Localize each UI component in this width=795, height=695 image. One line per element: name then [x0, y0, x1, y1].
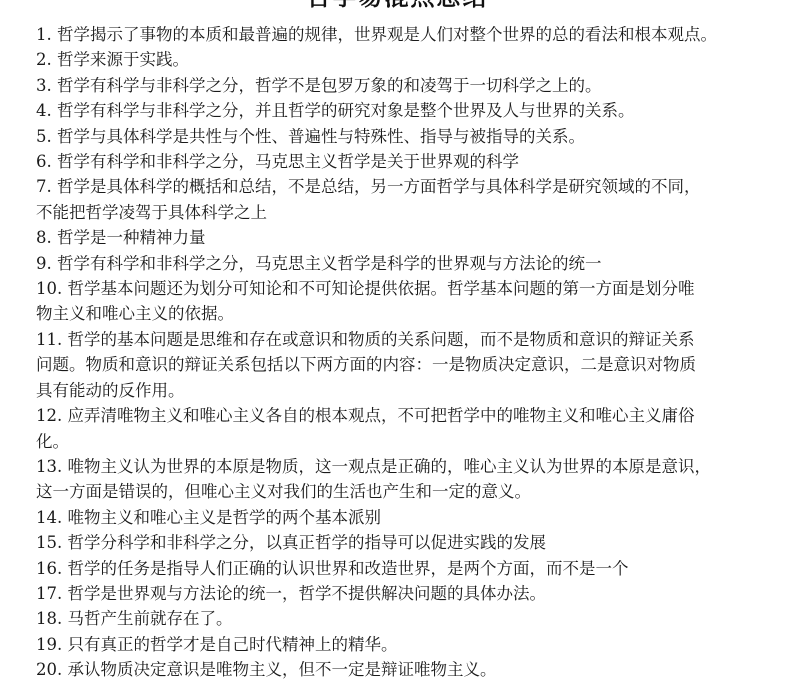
list-item-3: 3. 哲学有科学与非科学之分，哲学不是包罗万象的和凌驾于一切科学之上的。 [36, 73, 766, 98]
document-title: 哲学易混点总结 [0, 0, 795, 11]
item-text: 3. 哲学有科学与非科学之分，哲学不是包罗万象的和凌驾于一切科学之上的。 [36, 73, 766, 98]
item-text: 19. 只有真正的哲学才是自己时代精神上的精华。 [36, 632, 766, 657]
list-item-5: 5. 哲学与具体科学是共性与个性、普遍性与特殊性、指导与被指导的关系。 [36, 124, 766, 149]
list-item-4: 4. 哲学有科学与非科学之分，并且哲学的研究对象是整个世界及人与世界的关系。 [36, 98, 766, 123]
list-item-12: 12. 应弄清唯物主义和唯心主义各自的根本观点，不可把哲学中的唯物主义和唯心主义… [36, 403, 766, 454]
item-text-continued: 化。 [36, 429, 766, 454]
item-text: 11. 哲学的基本问题是思维和存在或意识和物质的关系问题，而不是物质和意识的辩证… [36, 327, 766, 352]
item-text-continued: 这一方面是错误的，但唯心主义对我们的生活也产生和一定的意义。 [36, 479, 766, 504]
item-text: 18. 马哲产生前就存在了。 [36, 606, 766, 631]
item-text: 2. 哲学来源于实践。 [36, 47, 766, 72]
list-item-17: 17. 哲学是世界观与方法论的统一，哲学不提供解决问题的具体办法。 [36, 581, 766, 606]
item-text: 5. 哲学与具体科学是共性与个性、普遍性与特殊性、指导与被指导的关系。 [36, 124, 766, 149]
item-text: 8. 哲学是一种精神力量 [36, 225, 766, 250]
list-item-13: 13. 唯物主义认为世界的本原是物质，这一观点是正确的，唯心主义认为世界的本原是… [36, 454, 766, 505]
item-text: 12. 应弄清唯物主义和唯心主义各自的根本观点，不可把哲学中的唯物主义和唯心主义… [36, 403, 766, 428]
list-item-8: 8. 哲学是一种精神力量 [36, 225, 766, 250]
item-text: 10. 哲学基本问题还为划分可知论和不可知论提供依据。哲学基本问题的第一方面是划… [36, 276, 766, 301]
item-text: 13. 唯物主义认为世界的本原是物质，这一观点是正确的，唯心主义认为世界的本原是… [36, 454, 766, 479]
item-text: 4. 哲学有科学与非科学之分，并且哲学的研究对象是整个世界及人与世界的关系。 [36, 98, 766, 123]
list-item-18: 18. 马哲产生前就存在了。 [36, 606, 766, 631]
list-item-2: 2. 哲学来源于实践。 [36, 47, 766, 72]
item-text: 7. 哲学是具体科学的概括和总结，不是总结，另一方面哲学与具体科学是研究领域的不… [36, 174, 766, 199]
list-item-15: 15. 哲学分科学和非科学之分，以真正哲学的指导可以促进实践的发展 [36, 530, 766, 555]
list-item-6: 6. 哲学有科学和非科学之分，马克思主义哲学是关于世界观的科学 [36, 149, 766, 174]
list-item-9: 9. 哲学有科学和非科学之分，马克思主义哲学是科学的世界观与方法论的统一 [36, 251, 766, 276]
item-text: 14. 唯物主义和唯心主义是哲学的两个基本派别 [36, 505, 766, 530]
list-item-7: 7. 哲学是具体科学的概括和总结，不是总结，另一方面哲学与具体科学是研究领域的不… [36, 174, 766, 225]
list-item-11: 11. 哲学的基本问题是思维和存在或意识和物质的关系问题，而不是物质和意识的辩证… [36, 327, 766, 403]
item-text: 17. 哲学是世界观与方法论的统一，哲学不提供解决问题的具体办法。 [36, 581, 766, 606]
point-list: 1. 哲学揭示了事物的本质和最普遍的规律，世界观是人们对整个世界的总的看法和根本… [36, 22, 766, 683]
item-text-continued: 不能把哲学凌驾于具体科学之上 [36, 200, 766, 225]
list-item-14: 14. 唯物主义和唯心主义是哲学的两个基本派别 [36, 505, 766, 530]
item-text: 9. 哲学有科学和非科学之分，马克思主义哲学是科学的世界观与方法论的统一 [36, 251, 766, 276]
item-text: 16. 哲学的任务是指导人们正确的认识世界和改造世界，是两个方面，而不是一个 [36, 556, 766, 581]
item-text: 15. 哲学分科学和非科学之分，以真正哲学的指导可以促进实践的发展 [36, 530, 766, 555]
item-text-continued: 具有能动的反作用。 [36, 378, 766, 403]
list-item-1: 1. 哲学揭示了事物的本质和最普遍的规律，世界观是人们对整个世界的总的看法和根本… [36, 22, 766, 47]
item-text: 6. 哲学有科学和非科学之分，马克思主义哲学是关于世界观的科学 [36, 149, 766, 174]
item-text: 20. 承认物质决定意识是唯物主义，但不一定是辩证唯物主义。 [36, 657, 766, 682]
list-item-20: 20. 承认物质决定意识是唯物主义，但不一定是辩证唯物主义。 [36, 657, 766, 682]
list-item-10: 10. 哲学基本问题还为划分可知论和不可知论提供依据。哲学基本问题的第一方面是划… [36, 276, 766, 327]
list-item-19: 19. 只有真正的哲学才是自己时代精神上的精华。 [36, 632, 766, 657]
list-item-16: 16. 哲学的任务是指导人们正确的认识世界和改造世界，是两个方面，而不是一个 [36, 556, 766, 581]
item-text-continued: 物主义和唯心主义的依据。 [36, 301, 766, 326]
item-text-continued: 问题。物质和意识的辩证关系包括以下两方面的内容：一是物质决定意识，二是意识对物质 [36, 352, 766, 377]
item-text: 1. 哲学揭示了事物的本质和最普遍的规律，世界观是人们对整个世界的总的看法和根本… [36, 22, 766, 47]
